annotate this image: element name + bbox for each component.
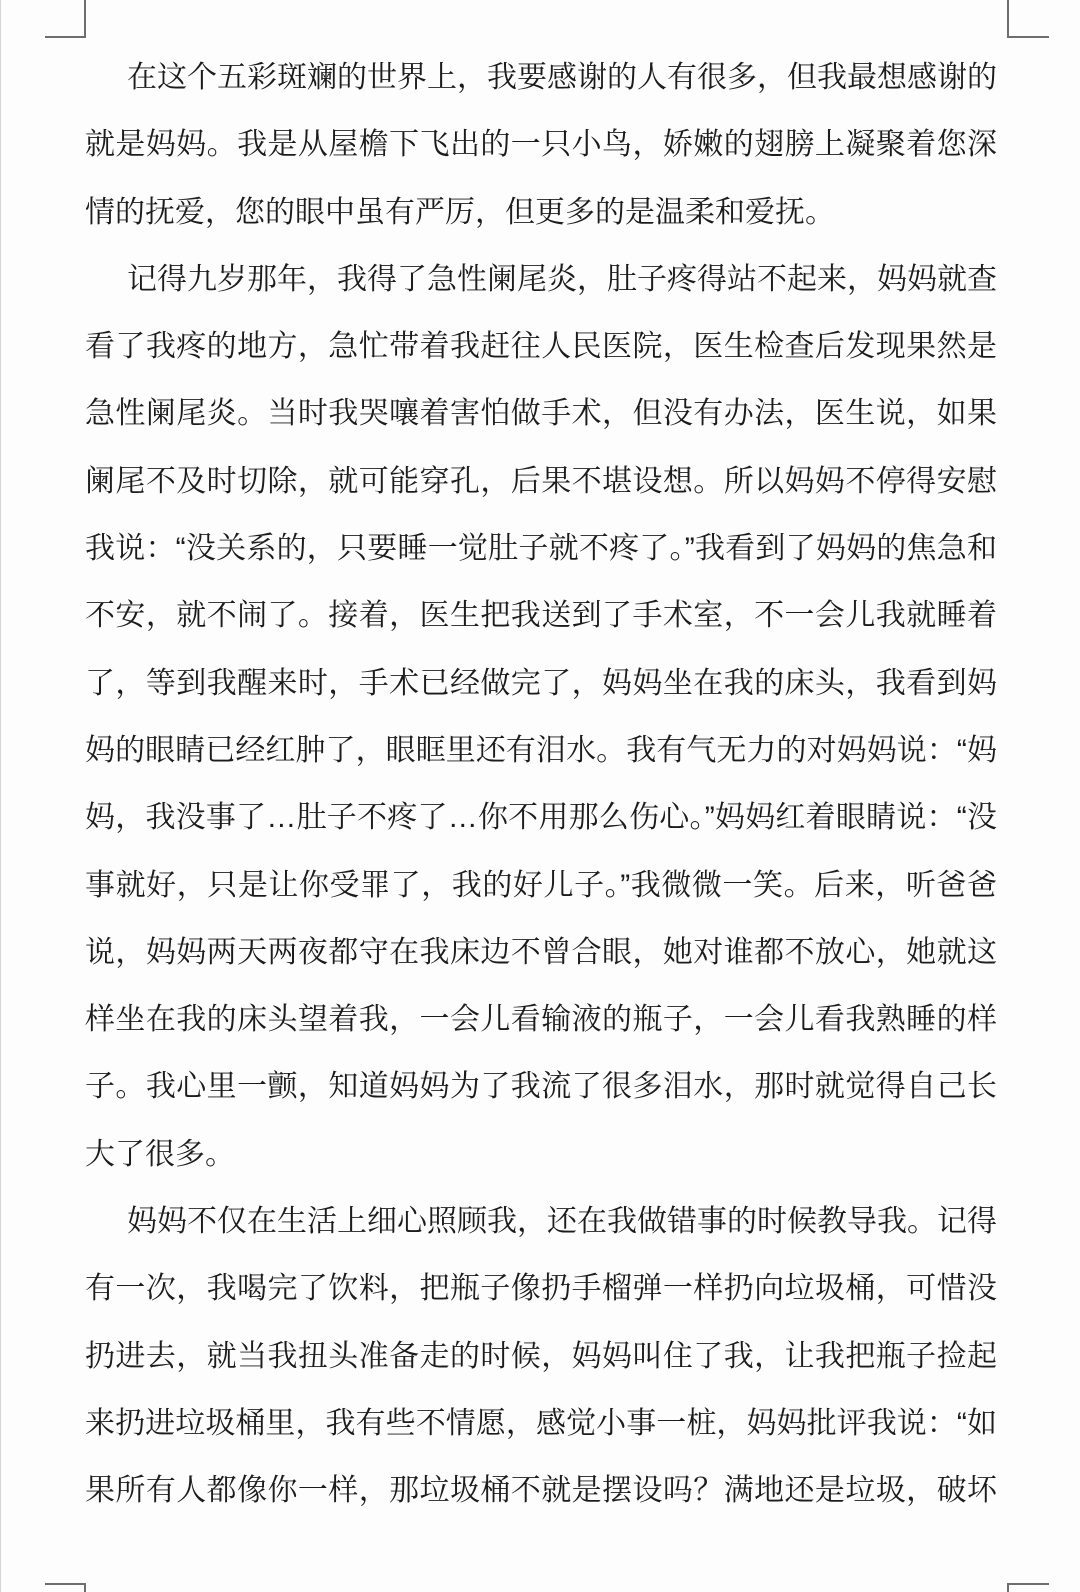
text-line: 我说：“没关系的，只要睡一觉肚子就不疼了。”我看到了妈妈的焦急和 (85, 515, 997, 582)
text-line: 情的抚爱，您的眼中虽有严厉，但更多的是温柔和爱抚。 (85, 179, 997, 246)
text-line: 记得九岁那年，我得了急性阑尾炎，肚子疼得站不起来，妈妈就查 (85, 246, 997, 313)
scan-edge-line (0, 0, 1, 1592)
document-body: 在这个五彩斑斓的世界上，我要感谢的人有很多，但我最想感谢的就是妈妈。我是从屋檐下… (85, 44, 997, 1525)
crop-mark-top-left (45, 0, 86, 38)
text-line: 样坐在我的床头望着我，一会儿看输液的瓶子，一会儿看我熟睡的样 (85, 986, 997, 1053)
text-line: 果所有人都像你一样，那垃圾桶不就是摆设吗？满地还是垃圾，破坏 (85, 1457, 997, 1524)
text-line: 阑尾不及时切除，就可能穿孔，后果不堪设想。所以妈妈不停得安慰 (85, 448, 997, 515)
text-line: 事就好，只是让你受罪了，我的好儿子。”我微微一笑。后来，听爸爸 (85, 852, 997, 919)
text-line: 说，妈妈两天两夜都守在我床边不曾合眼，她对谁都不放心，她就这 (85, 919, 997, 986)
text-line: 子。我心里一颤，知道妈妈为了我流了很多泪水，那时就觉得自己长 (85, 1053, 997, 1120)
crop-mark-top-right (1007, 0, 1049, 38)
text-line: 看了我疼的地方，急忙带着我赶往人民医院，医生检查后发现果然是 (85, 313, 997, 380)
text-line: 急性阑尾炎。当时我哭嚷着害怕做手术，但没有办法，医生说，如果 (85, 380, 997, 447)
text-line: 来扔进垃圾桶里，我有些不情愿，感觉小事一桩，妈妈批评我说：“如 (85, 1390, 997, 1457)
text-line: 不安，就不闹了。接着，医生把我送到了手术室，不一会儿我就睡着 (85, 582, 997, 649)
document-page: 在这个五彩斑斓的世界上，我要感谢的人有很多，但我最想感谢的就是妈妈。我是从屋檐下… (0, 0, 1080, 1592)
text-line: 就是妈妈。我是从屋檐下飞出的一只小鸟，娇嫩的翅膀上凝聚着您深 (85, 111, 997, 178)
crop-mark-bottom-left (45, 1583, 86, 1592)
text-line: 有一次，我喝完了饮料，把瓶子像扔手榴弹一样扔向垃圾桶，可惜没 (85, 1255, 997, 1322)
text-line: 妈，我没事了…肚子不疼了…你不用那么伤心。”妈妈红着眼睛说：“没 (85, 784, 997, 851)
text-line: 了，等到我醒来时，手术已经做完了，妈妈坐在我的床头，我看到妈 (85, 650, 997, 717)
crop-mark-bottom-right (1007, 1583, 1049, 1592)
text-line: 在这个五彩斑斓的世界上，我要感谢的人有很多，但我最想感谢的 (85, 44, 997, 111)
text-line: 扔进去，就当我扭头准备走的时候，妈妈叫住了我，让我把瓶子捡起 (85, 1323, 997, 1390)
text-line: 妈妈不仅在生活上细心照顾我，还在我做错事的时候教导我。记得 (85, 1188, 997, 1255)
text-line: 大了很多。 (85, 1121, 997, 1188)
text-line: 妈的眼睛已经红肿了，眼眶里还有泪水。我有气无力的对妈妈说：“妈 (85, 717, 997, 784)
